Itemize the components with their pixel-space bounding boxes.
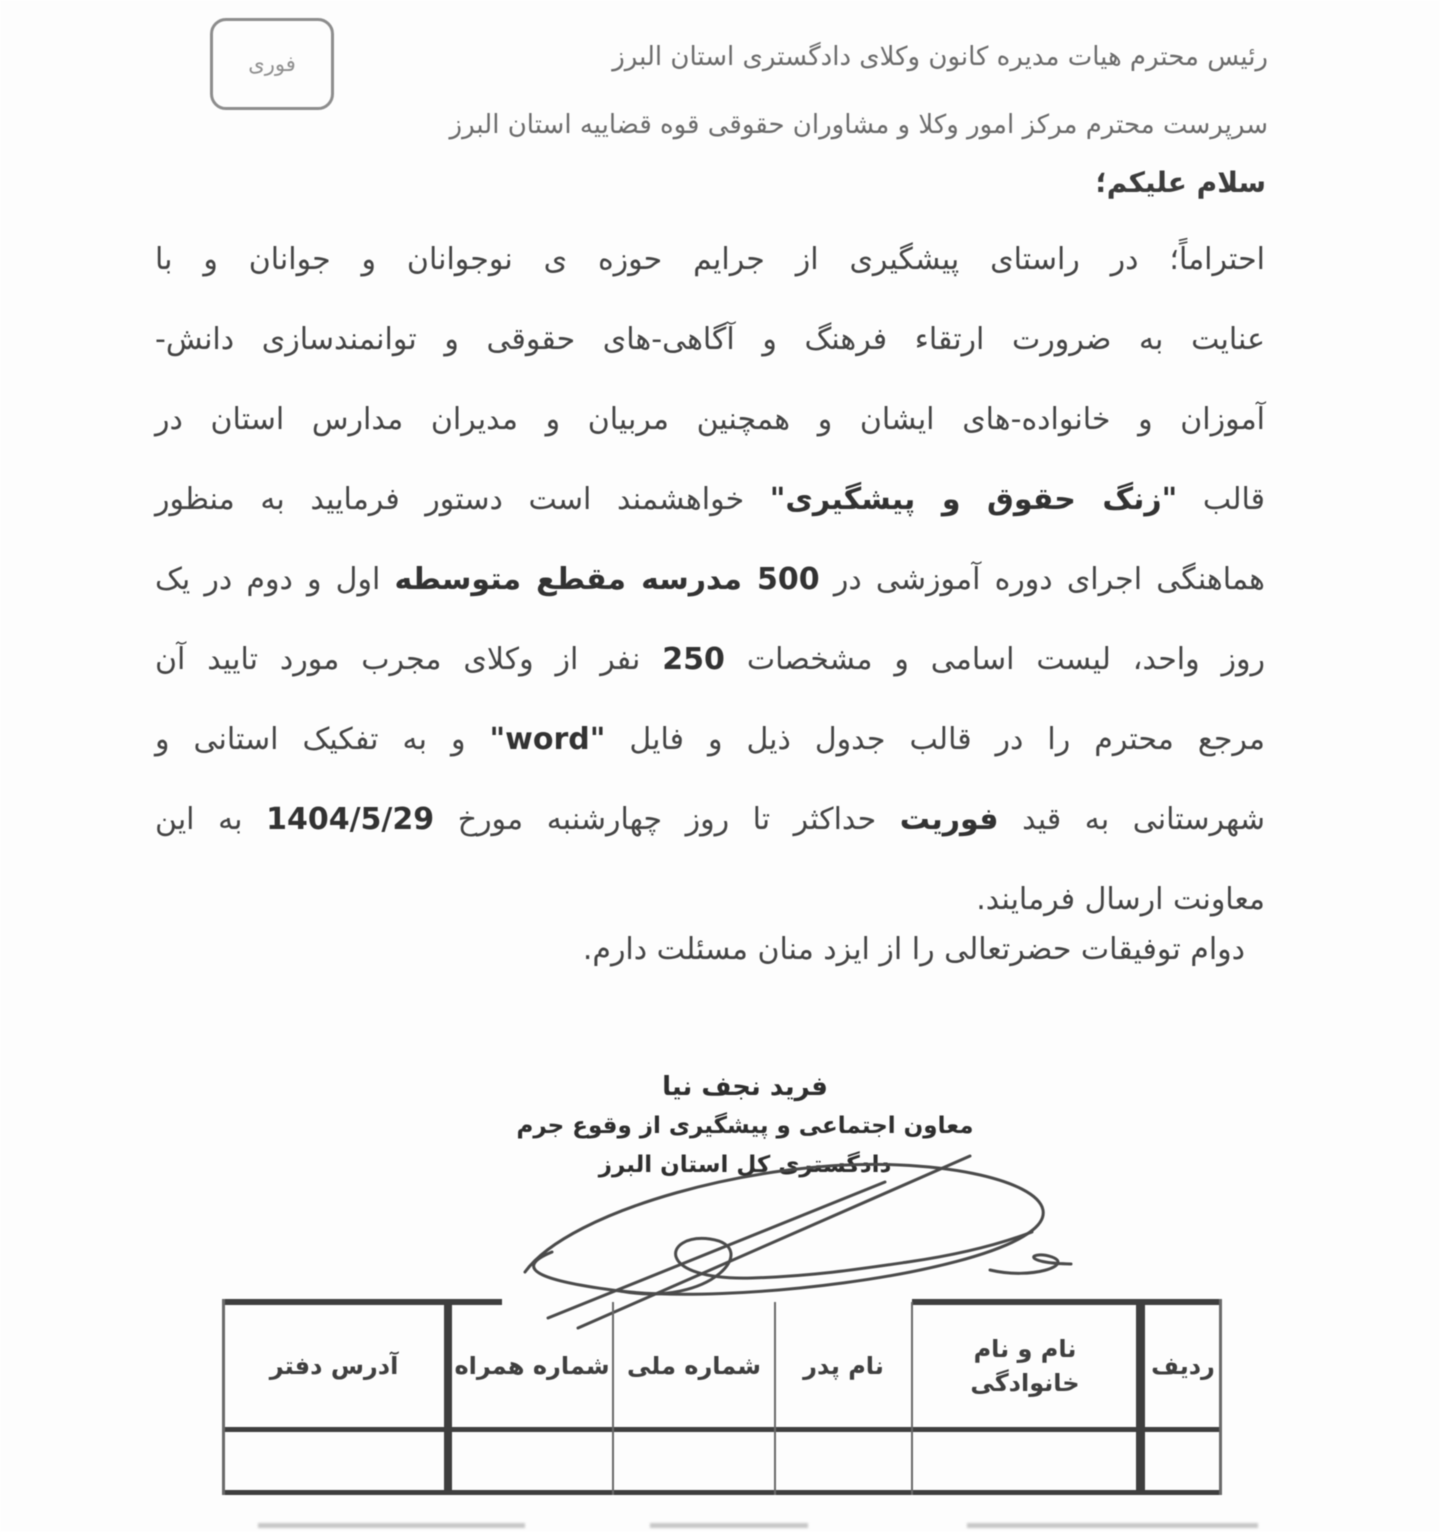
- body-line-7: مرجع محترم را در قالب جدول ذیل و فایل "w…: [155, 700, 1265, 780]
- table-header-office-address: آدرس دفتر: [226, 1310, 442, 1422]
- table-left-edge: [222, 1299, 225, 1495]
- body-paragraph: احتراماً؛ در راستای پیشگیری از جرایم حوز…: [155, 220, 1265, 990]
- table-right-edge: [1219, 1299, 1222, 1495]
- signer-name: فرید نجف نیا: [455, 1068, 1035, 1107]
- cutoff-row-line-b: [650, 1523, 808, 1528]
- body-line-5: هماهنگی اجرای دوره آموزشی در 500 مدرسه م…: [155, 540, 1265, 620]
- table-header-divider: [222, 1427, 1222, 1432]
- recipient-line-2: سرپرست محترم مرکز امور وکلا و مشاوران حق…: [450, 110, 1268, 140]
- body-line-6: روز واحد، لیست اسامی و مشخصات 250 نفر از…: [155, 620, 1265, 700]
- signature-scribble: [430, 1152, 1110, 1337]
- urgent-stamp: فوری: [210, 18, 334, 110]
- table-header-row-number: ردیف: [1148, 1310, 1218, 1422]
- body-line-3: آموزان و خانواده-های ایشان و همچنین مربی…: [155, 380, 1265, 460]
- table-col-divider-double: [1136, 1299, 1145, 1495]
- body-line-1: احتراماً؛ در راستای پیشگیری از جرایم حوز…: [155, 220, 1265, 300]
- cutoff-row-line-c: [967, 1523, 1258, 1528]
- recipient-line-1: رئیس محترم هیات مدیره کانون وکلای دادگست…: [612, 42, 1268, 72]
- body-line-4: قالب "زنگ حقوق و پیشگیری" خواهشمند است د…: [155, 460, 1265, 540]
- cutoff-row-line-a: [258, 1523, 525, 1528]
- salutation: سلام علیکم؛: [1096, 166, 1267, 199]
- signer-title-1: معاون اجتماعی و پیشگیری از وقوع جرم: [455, 1107, 1035, 1146]
- letter-page: فوری رئیس محترم هیات مدیره کانون وکلای د…: [0, 0, 1440, 1532]
- table-bottom-border: [222, 1490, 1222, 1495]
- body-line-10: دوام توفیقات حضرتعالی را از ایزد منان مس…: [155, 910, 1265, 990]
- urgent-stamp-label: فوری: [248, 52, 295, 76]
- body-line-8: شهرستانی به قید فوریت حداکثر تا روز چهار…: [155, 780, 1265, 860]
- body-line-2: عنایت به ضرورت ارتقاء فرهنگ و آگاهی-های …: [155, 300, 1265, 380]
